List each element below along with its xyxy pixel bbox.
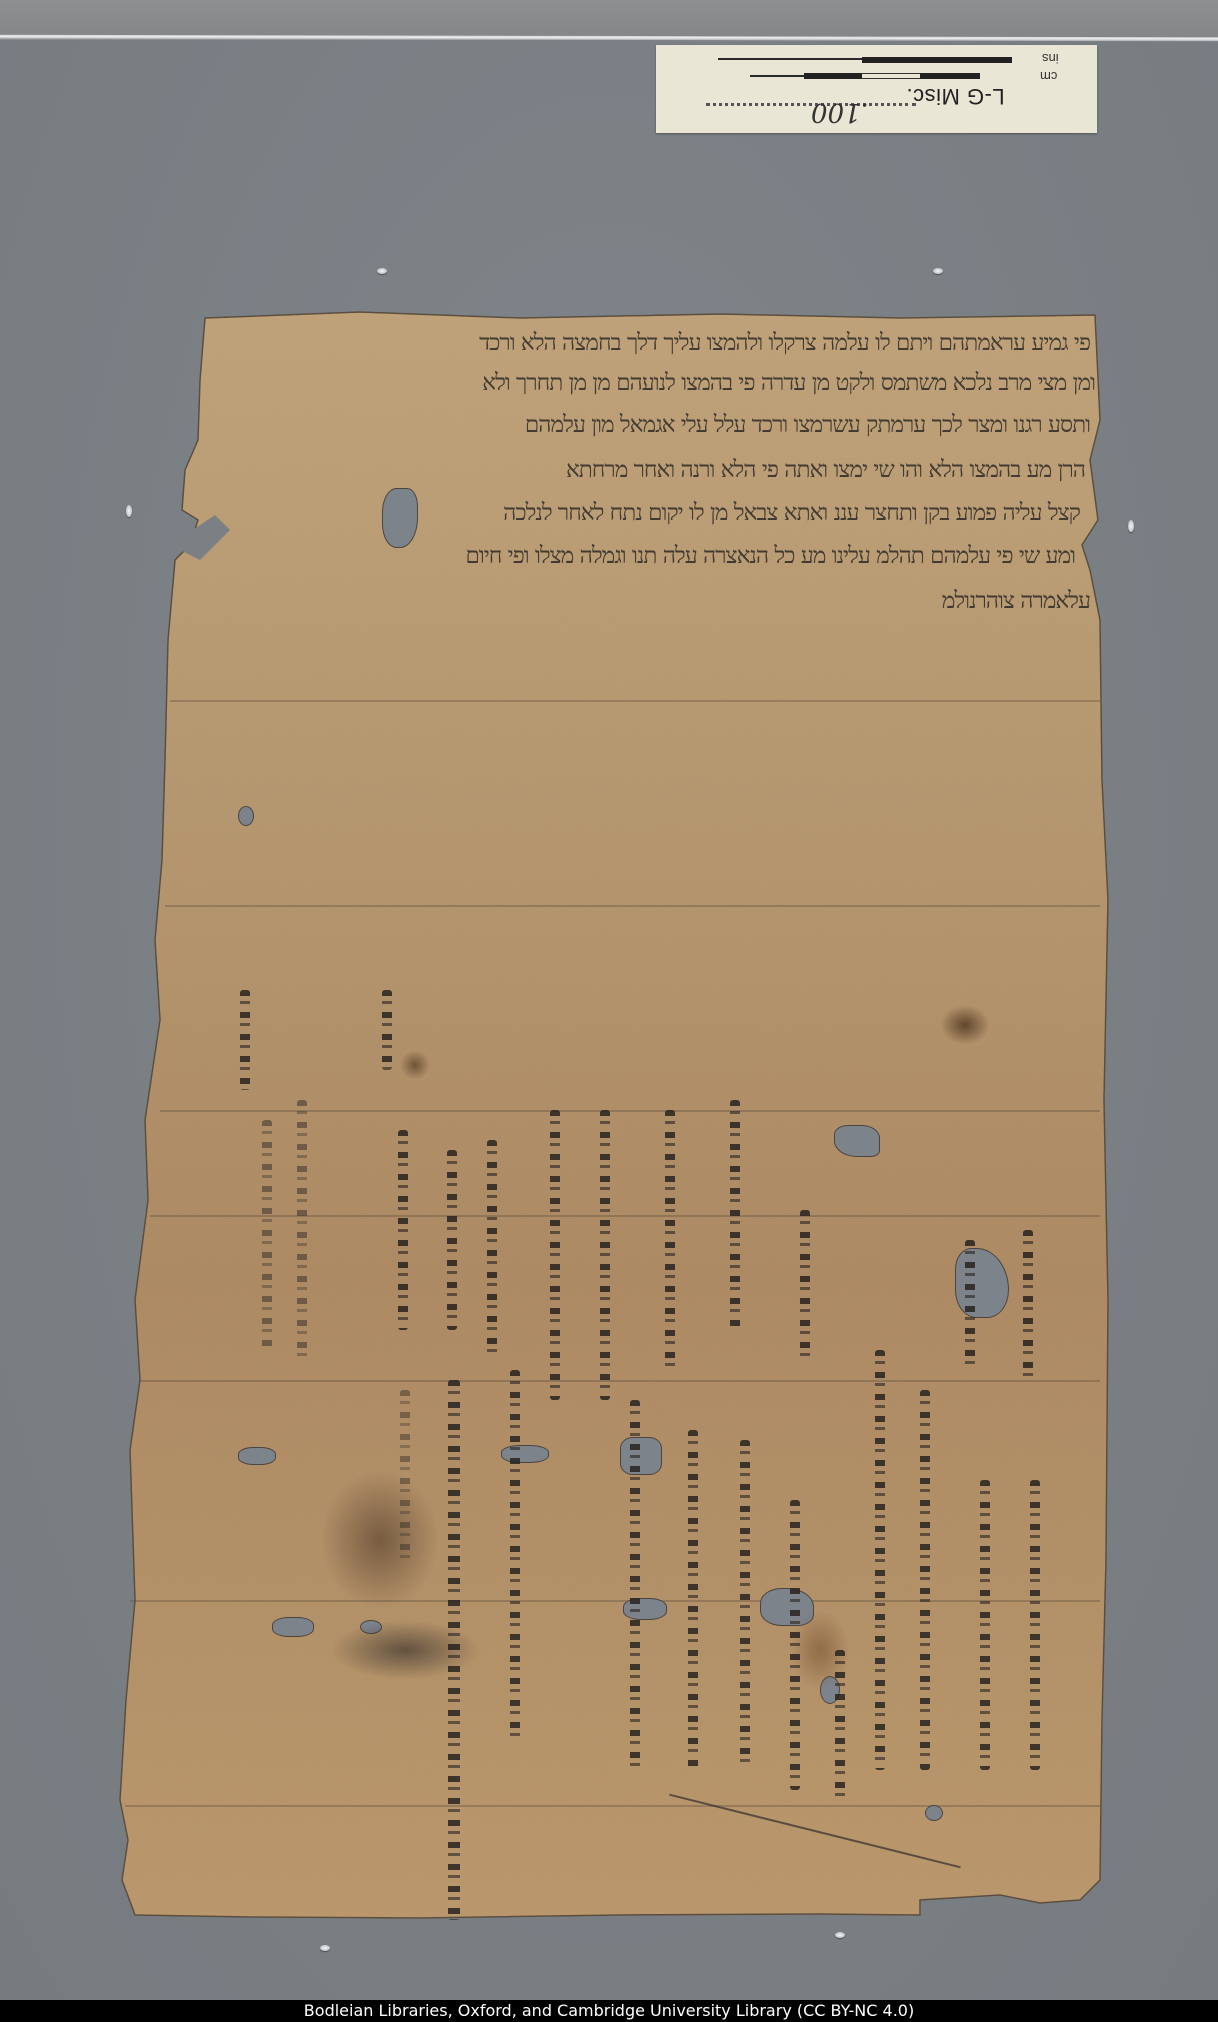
vertical-entry: [1023, 1230, 1033, 1380]
vertical-entry: [382, 990, 392, 1070]
hole: [501, 1445, 549, 1463]
vertical-entry: [297, 1100, 307, 1360]
fold-line: [130, 1600, 1100, 1602]
hole: [925, 1805, 943, 1821]
vertical-entry: [487, 1140, 497, 1360]
vertical-entry: [630, 1400, 640, 1770]
vertical-entry: [688, 1430, 698, 1770]
manuscript-line-3: ותסע רגנו ומצר לכך ערמתק עשרמצו ורכד עלל…: [200, 412, 1090, 438]
vertical-entry: [835, 1650, 845, 1800]
stain: [400, 1050, 430, 1080]
vertical-entry: [980, 1480, 990, 1770]
vertical-entry: [550, 1110, 560, 1400]
fold-line: [170, 700, 1100, 702]
vertical-entry: [510, 1370, 520, 1740]
image-credit: Bodleian Libraries, Oxford, and Cambridg…: [0, 2000, 1218, 2022]
hole: [834, 1125, 880, 1157]
stain: [940, 1005, 990, 1045]
manuscript-line-2: ומן מצי מרב נלכא משתמס ולקט מן עדרה פי ב…: [205, 370, 1095, 396]
fold-line: [150, 1215, 1100, 1217]
vertical-entry: [240, 990, 250, 1090]
hole: [272, 1617, 314, 1637]
vertical-entry: [965, 1240, 975, 1370]
manuscript-line-7: עלאמרה צוהרנולמ: [860, 588, 1090, 614]
vertical-entry: [920, 1390, 930, 1770]
manuscript-viewer: ins cm L-G Misc. .100: [0, 0, 1218, 2000]
manuscript-line-1: פי גמיע עראמתהם ויתם לו עלמה צרקלו ולהמצ…: [240, 330, 1090, 356]
hole: [238, 1447, 276, 1465]
vertical-entry: [800, 1210, 810, 1360]
vertical-entry: [790, 1500, 800, 1790]
fold-line: [140, 1380, 1100, 1382]
manuscript-line-4: הרן מע בהמצו הלא והו שי ימצו ואתה פי הלא…: [205, 457, 1085, 483]
vertical-entry: [600, 1110, 610, 1400]
vertical-entry: [740, 1440, 750, 1770]
hole: [620, 1437, 662, 1475]
vertical-entry: [398, 1130, 408, 1330]
vertical-entry: [448, 1380, 460, 1920]
vertical-entry: [1030, 1480, 1040, 1770]
manuscript-line-5: קצל עליה פמוע בקן ותחצר עננ ואתא צבאל מן…: [195, 500, 1080, 526]
vertical-entry: [875, 1350, 885, 1770]
fold-line: [125, 1805, 1100, 1807]
vertical-entry: [665, 1110, 675, 1370]
parchment-fragment: פי גמיע עראמתהם ויתם לו עלמה צרקלו ולהמצ…: [0, 0, 1218, 2000]
vertical-entry: [447, 1150, 457, 1330]
fold-line: [165, 905, 1100, 907]
stain: [320, 1470, 440, 1610]
manuscript-line-6: ומע שי פי עלמהם תהלמ עלינו מע כל הנאצרה …: [195, 543, 1075, 569]
vertical-entry: [400, 1390, 410, 1560]
vertical-entry: [730, 1100, 740, 1330]
hole: [238, 806, 254, 826]
vertical-entry: [262, 1120, 272, 1350]
